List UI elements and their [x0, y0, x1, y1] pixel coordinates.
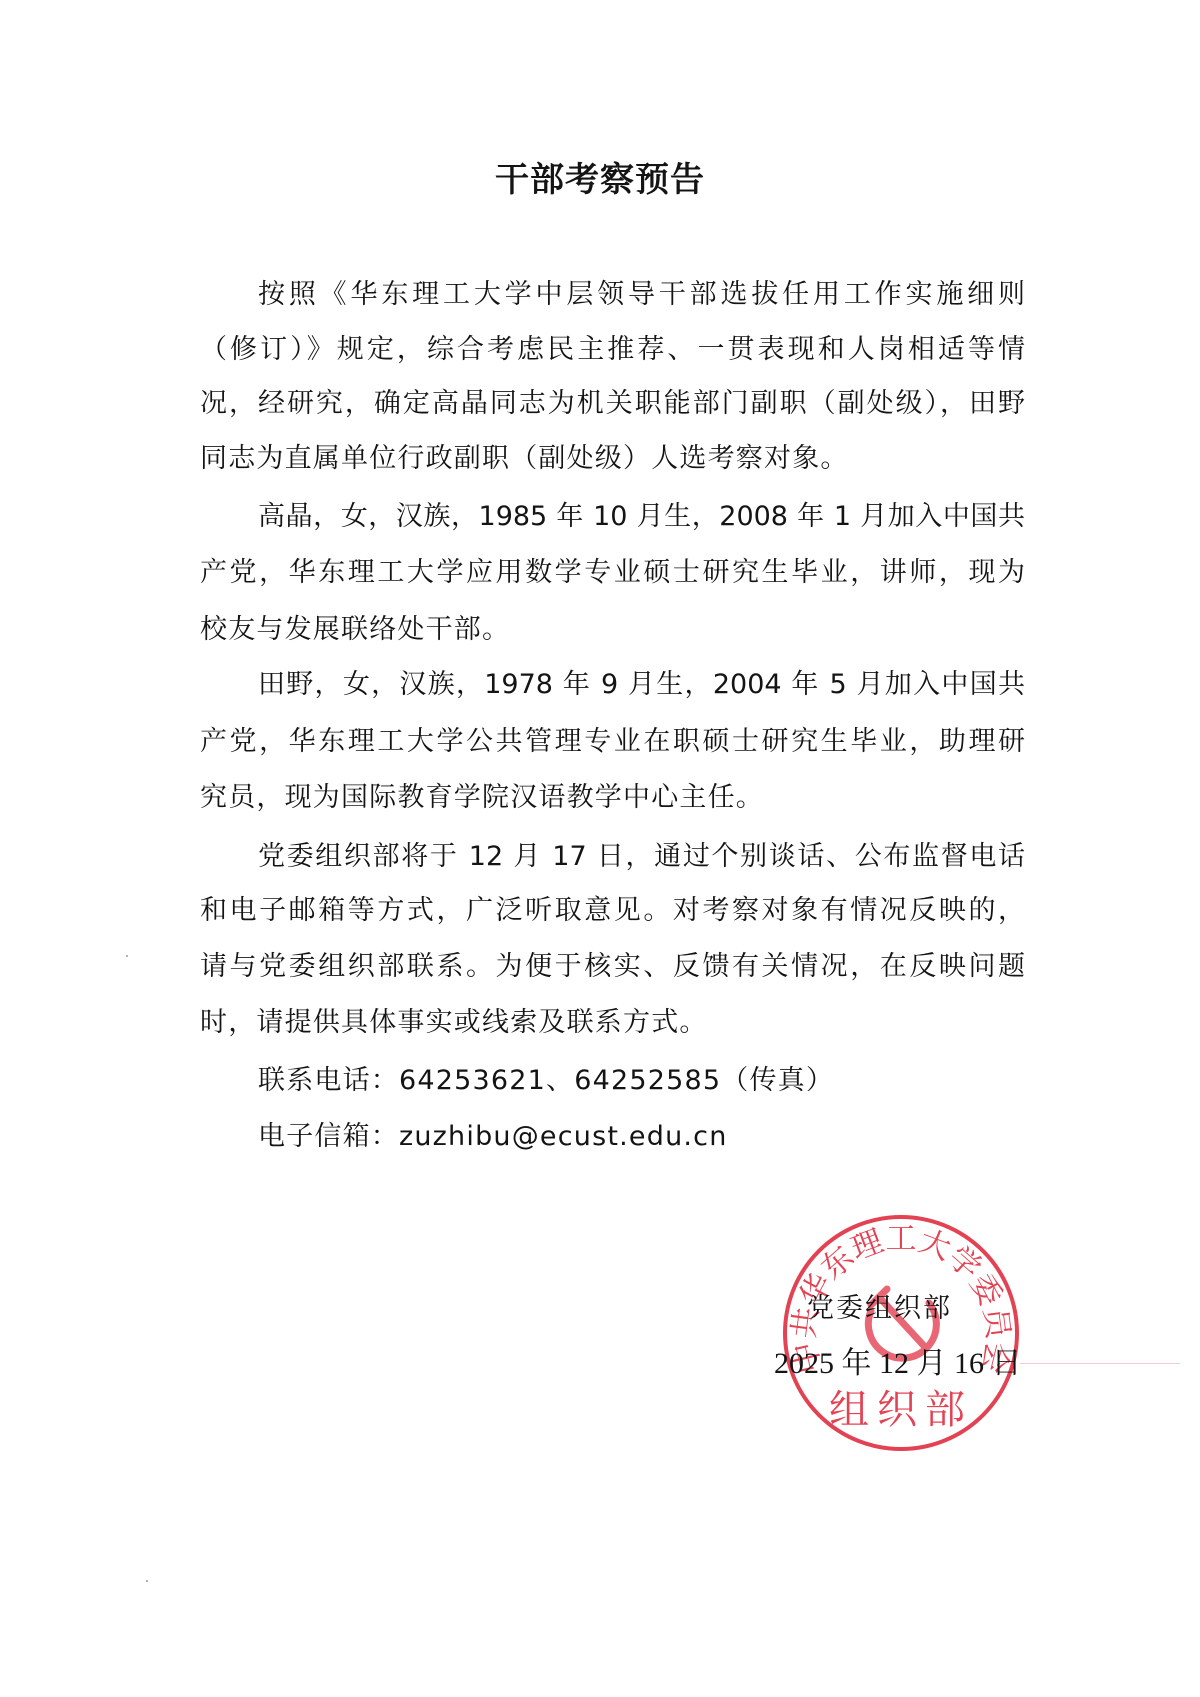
paragraph-1-line-4: 同志为直属单位行政副职（副处级）人选考察对象。: [200, 431, 849, 487]
scan-speck: [126, 955, 128, 957]
scan-speck: [146, 1580, 148, 1582]
paragraph-2-line-1: 高晶，女，汉族，1985 年 10 月生，2008 年 1 月加入中国共: [258, 489, 1025, 545]
paragraph-4-line-3: 请与党委组织部联系。为便于核实、反馈有关情况，在反映问题: [200, 939, 1025, 995]
seal-inner-text: 组织部: [829, 1387, 973, 1433]
scan-artifact-line: [1020, 1363, 1180, 1364]
paragraph-2-line-2: 产党，华东理工大学应用数学专业硕士研究生毕业，讲师，现为: [200, 545, 1025, 601]
paragraph-3-line-1: 田野，女，汉族，1978 年 9 月生，2004 年 5 月加入中国共: [258, 657, 1025, 713]
paragraph-3-line-2: 产党，华东理工大学公共管理专业在职硕士研究生毕业，助理研: [200, 714, 1025, 770]
signature-issuer: 党委组织部: [807, 1281, 952, 1337]
paragraph-4-line-2: 和电子邮箱等方式，广泛听取意见。对考察对象有情况反映的，: [200, 883, 1025, 939]
contact-phone: 联系电话：64253621、64252585（传真）: [258, 1053, 834, 1109]
contact-email: 电子信箱：zuzhibu@ecust.edu.cn: [258, 1109, 728, 1165]
paragraph-3-line-3: 究员，现为国际教育学院汉语教学中心主任。: [200, 770, 764, 826]
document-title: 干部考察预告: [0, 156, 1200, 204]
paragraph-4-line-1: 党委组织部将于 12 月 17 日，通过个别谈话、公布监督电话: [258, 829, 1025, 885]
paragraph-1-line-3: 况，经研究，确定高晶同志为机关职能部门副职（副处级），田野: [200, 376, 1025, 432]
paragraph-2-line-3: 校友与发展联络处干部。: [200, 602, 510, 658]
contact-phone-label: 联系电话：: [258, 1065, 399, 1096]
paragraph-4-line-4: 时，请提供具体事实或线索及联系方式。: [200, 995, 708, 1051]
contact-email-value[interactable]: zuzhibu@ecust.edu.cn: [399, 1121, 728, 1152]
paragraph-1-line-2: （修订）》规定，综合考虑民主推荐、一贯表现和人岗相适等情: [200, 322, 1025, 378]
contact-email-label: 电子信箱：: [258, 1121, 399, 1152]
contact-phone-value: 64253621、64252585（传真）: [399, 1065, 834, 1096]
paragraph-1-line-1: 按照《华东理工大学中层领导干部选拔任用工作实施细则: [258, 267, 1025, 323]
signature-date: 2025 年 12 月 16 日: [774, 1336, 1022, 1392]
